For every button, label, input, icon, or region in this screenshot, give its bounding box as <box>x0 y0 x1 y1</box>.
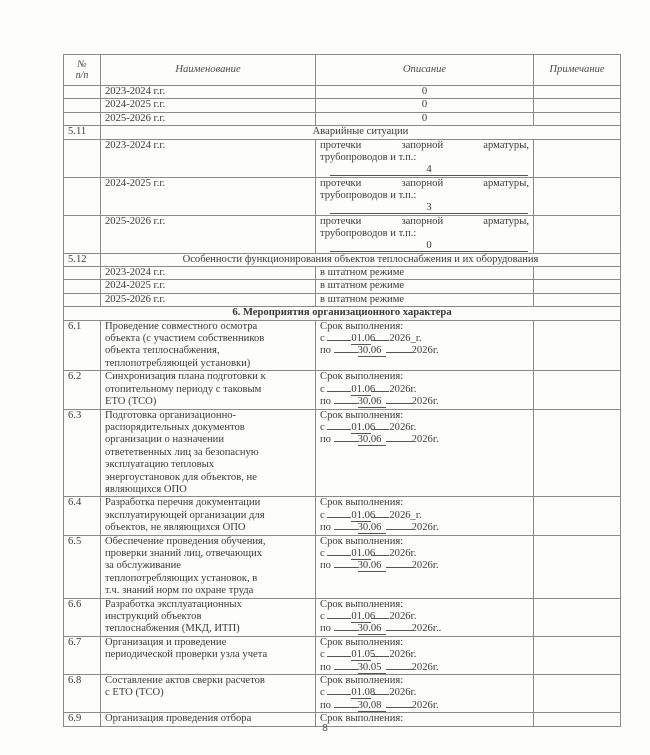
row-note <box>534 293 621 306</box>
blank-fill <box>334 352 358 353</box>
measure-note <box>534 320 621 371</box>
measure-name-line: объекта (с участием собственников <box>105 333 311 345</box>
measure-name: Разработка эксплуатационныхинструкций об… <box>101 598 316 636</box>
table-row: 2023-2024 г.г. в штатном режиме <box>64 267 621 280</box>
description-line: протечки запорной арматуры, <box>320 178 529 190</box>
to-year: 2026г. <box>412 345 439 356</box>
to-year: 2026г. <box>412 434 439 445</box>
row-note <box>534 280 621 293</box>
blank-fill <box>334 529 358 530</box>
measure-note <box>534 409 621 497</box>
measure-deadline: Срок выполнения:с 01.062026г.по 30.06202… <box>316 598 534 636</box>
section-title: 6. Мероприятия организационного характер… <box>64 307 621 320</box>
to-prefix: по <box>320 345 331 356</box>
measure-deadline: Срок выполнения:с 01.062026г.по 30.06202… <box>316 535 534 598</box>
blank-fill <box>371 391 389 392</box>
measure-row: 6.3Подготовка организационно-распорядите… <box>64 409 621 497</box>
section-6-body: 6.1Проведение совместного осмотраобъекта… <box>64 320 621 726</box>
from-suffix: _г. <box>411 333 422 344</box>
measure-row: 6.7Организация и проведениепериодической… <box>64 636 621 674</box>
to-prefix: по <box>320 623 331 634</box>
description-line: трубопроводов и т.п.: <box>320 152 529 164</box>
from-prefix: с <box>320 548 325 559</box>
row-name: 2023-2024 г.г. <box>101 139 316 177</box>
header-num-line1: № <box>66 59 98 70</box>
row-name: 2024-2025 г.г. <box>101 280 316 293</box>
deadline-label: Срок выполнения: <box>320 321 529 333</box>
measure-name-line: Организация и проведение <box>105 637 311 649</box>
deadline-to: по 30.062026г. <box>320 396 529 408</box>
measure-name-line: энергоустановок для объектов, не <box>105 472 311 484</box>
blank-fill <box>371 694 389 695</box>
from-prefix: с <box>320 649 325 660</box>
measure-row: 6.8Составление актов сверки расчетовс ЕТ… <box>64 675 621 713</box>
row-num <box>64 293 101 306</box>
header-note: Примечание <box>534 55 621 86</box>
row-name: 2025-2026 г.г. <box>101 215 316 253</box>
from-prefix: с <box>320 422 325 433</box>
measure-deadline: Срок выполнения:с 01.082026г.по 30.08202… <box>316 675 534 713</box>
blank-fill <box>334 403 358 404</box>
measure-row: 6.1Проведение совместного осмотраобъекта… <box>64 320 621 371</box>
blank-fill <box>386 707 412 708</box>
measure-note <box>534 497 621 535</box>
blank-fill <box>371 555 389 556</box>
measure-note <box>534 371 621 409</box>
deadline-to: по 30.062026г. <box>320 560 529 572</box>
measure-name-line: отопительному периоду с таковым <box>105 384 311 396</box>
blank-fill <box>327 391 351 392</box>
row-name: 2023-2024 г.г. <box>101 86 316 99</box>
blank-fill <box>327 555 351 556</box>
row-num <box>64 280 101 293</box>
blank-fill <box>334 441 358 442</box>
to-date: 30.06 <box>358 434 386 446</box>
blank-fill <box>386 630 412 631</box>
measure-name: Организация и проведениепериодической пр… <box>101 636 316 674</box>
to-date: 30.06 <box>358 560 386 572</box>
from-date: 01.08 <box>351 687 371 699</box>
row-num <box>64 86 101 99</box>
from-date: 01.05 <box>351 649 371 661</box>
measure-name-line: за обслуживание <box>105 560 311 572</box>
measure-name-line: являющихся ОПО <box>105 484 311 496</box>
table-row: 2024-2025 г.г. в штатном режиме <box>64 280 621 293</box>
row-description: в штатном режиме <box>316 280 534 293</box>
blank-fill <box>327 656 351 657</box>
row-name: 2023-2024 г.г. <box>101 267 316 280</box>
measure-name-line: периодической проверки узла учета <box>105 649 311 661</box>
measure-name-line: Проведение совместного осмотра <box>105 321 311 333</box>
description-value: 3 <box>330 202 528 214</box>
table-row: 2025-2026 г.г. протечки запорной арматур… <box>64 215 621 253</box>
deadline-from: с 01.062026_г. <box>320 510 529 522</box>
row-num <box>64 99 101 112</box>
header-description: Описание <box>316 55 534 86</box>
row-description: 0 <box>316 112 534 125</box>
description-value: 4 <box>330 164 528 176</box>
blank-fill <box>327 694 351 695</box>
to-prefix: по <box>320 700 331 711</box>
description-line: трубопроводов и т.п.: <box>320 228 529 240</box>
deadline-label: Срок выполнения: <box>320 371 529 383</box>
row-name: 2025-2026 г.г. <box>101 293 316 306</box>
deadline-from: с 01.062026г. <box>320 611 529 623</box>
measure-num: 6.7 <box>64 636 101 674</box>
from-prefix: с <box>320 333 325 344</box>
from-year: 2026г. <box>389 649 416 660</box>
deadline-to: по 30.062026г. <box>320 522 529 534</box>
deadline-label: Срок выполнения: <box>320 497 529 509</box>
deadline-label: Срок выполнения: <box>320 675 529 687</box>
measure-name-line: Обеспечение проведения обучения, <box>105 536 311 548</box>
deadline-label: Срок выполнения: <box>320 599 529 611</box>
measure-row: 6.4Разработка перечня документацииэксплу… <box>64 497 621 535</box>
deadline-from: с 01.062026г. <box>320 422 529 434</box>
measure-num: 6.1 <box>64 320 101 371</box>
deadline-from: с 01.062026г. <box>320 548 529 560</box>
to-year: 2026г. <box>412 662 439 673</box>
from-prefix: с <box>320 384 325 395</box>
from-year: 2026 <box>389 333 410 344</box>
row-name: 2024-2025 г.г. <box>101 99 316 112</box>
header-num-line2: п/п <box>66 70 98 81</box>
description-line: трубопроводов и т.п.: <box>320 190 529 202</box>
measure-name: Подготовка организационно-распорядительн… <box>101 409 316 497</box>
row-description: в штатном режиме <box>316 267 534 280</box>
blank-fill <box>386 529 412 530</box>
from-prefix: с <box>320 687 325 698</box>
row-num <box>64 215 101 253</box>
blank-fill <box>371 429 389 430</box>
blank-fill <box>386 403 412 404</box>
row-num <box>64 267 101 280</box>
section-row-5-12: 5.12 Особенности функционирования объект… <box>64 253 621 266</box>
measure-name-line: эксплуатирующей организации для <box>105 510 311 522</box>
measure-deadline: Срок выполнения:с 01.062026г.по 30.06202… <box>316 371 534 409</box>
from-suffix: _г. <box>411 510 422 521</box>
measure-name-line: теплопотребляющих установок, в <box>105 573 311 585</box>
measure-num: 6.5 <box>64 535 101 598</box>
measure-note <box>534 598 621 636</box>
measure-deadline: Срок выполнения:с 01.062026_г.по 30.0620… <box>316 320 534 371</box>
section-num: 5.11 <box>64 126 101 139</box>
header-num: № п/п <box>64 55 101 86</box>
row-note <box>534 215 621 253</box>
to-year: 2026г. <box>412 700 439 711</box>
deadline-from: с 01.062026_г. <box>320 333 529 345</box>
measure-note <box>534 535 621 598</box>
measure-name-line: ответетвенных лиц за безопасную <box>105 447 311 459</box>
from-date: 01.06 <box>351 510 371 522</box>
from-year: 2026г. <box>389 548 416 559</box>
measure-num: 6.8 <box>64 675 101 713</box>
measure-name: Синхронизация плана подготовки котопител… <box>101 371 316 409</box>
row-description: протечки запорной арматуры, трубопроводо… <box>316 139 534 177</box>
blank-fill <box>371 618 389 619</box>
blank-fill <box>386 669 412 670</box>
to-prefix: по <box>320 560 331 571</box>
header-name: Наименование <box>101 55 316 86</box>
blank-fill <box>334 567 358 568</box>
measure-name: Разработка перечня документацииэксплуати… <box>101 497 316 535</box>
row-note <box>534 86 621 99</box>
from-date: 01.06 <box>351 548 371 560</box>
description-line: протечки запорной арматуры, <box>320 140 529 152</box>
blank-fill <box>386 567 412 568</box>
row-description: в штатном режиме <box>316 293 534 306</box>
from-prefix: с <box>320 611 325 622</box>
section-row-6: 6. Мероприятия организационного характер… <box>64 307 621 320</box>
measure-name-line: ЕТО (ТСО) <box>105 396 311 408</box>
deadline-label: Срок выполнения: <box>320 637 529 649</box>
measure-name-line: Разработка перечня документации <box>105 497 311 509</box>
row-note <box>534 177 621 215</box>
table-row: 2025-2026 г.г. 0 <box>64 112 621 125</box>
measure-num: 6.4 <box>64 497 101 535</box>
to-year: 2026г. <box>412 560 439 571</box>
measure-row: 6.2Синхронизация плана подготовки котопи… <box>64 371 621 409</box>
page-number: 8 <box>0 723 650 734</box>
blank-fill <box>327 340 351 341</box>
measure-deadline: Срок выполнения:с 01.052026г.по 30.05202… <box>316 636 534 674</box>
section-num: 5.12 <box>64 253 101 266</box>
section-title: Особенности функционирования объектов те… <box>101 253 621 266</box>
from-prefix: с <box>320 510 325 521</box>
deadline-from: с 01.082026г. <box>320 687 529 699</box>
measure-name-line: теплоснабжения (МКД, ИТП) <box>105 623 311 635</box>
from-year: 2026 <box>389 510 410 521</box>
from-date: 01.06 <box>351 422 371 434</box>
table-row: 2023-2024 г.г. протечки запорной арматур… <box>64 139 621 177</box>
blank-fill <box>327 429 351 430</box>
measure-row: 6.6Разработка эксплуатационныхинструкций… <box>64 598 621 636</box>
measure-name-line: распорядительных документов <box>105 422 311 434</box>
deadline-to: по 30.062026г.. <box>320 623 529 635</box>
measure-name-line: проверки знаний лиц, отвечающих <box>105 548 311 560</box>
deadline-from: с 01.052026г. <box>320 649 529 661</box>
deadline-to: по 30.062026г. <box>320 345 529 357</box>
row-description: 0 <box>316 86 534 99</box>
table-header-row: № п/п Наименование Описание Примечание <box>64 55 621 86</box>
to-prefix: по <box>320 522 331 533</box>
blank-fill <box>371 340 389 341</box>
to-year: 2026г.. <box>412 623 442 634</box>
measure-name-line: Подготовка организационно- <box>105 410 311 422</box>
measure-deadline: Срок выполнения:с 01.062026г.по 30.06202… <box>316 409 534 497</box>
row-note <box>534 99 621 112</box>
from-date: 01.06 <box>351 333 371 345</box>
measure-name-line: т.ч. знаний норм по охране труда <box>105 585 311 597</box>
measure-name-line: инструкций объектов <box>105 611 311 623</box>
blank-fill <box>327 517 351 518</box>
blank-fill <box>371 517 389 518</box>
table-row: 2025-2026 г.г. в штатном режиме <box>64 293 621 306</box>
deadline-label: Срок выполнения: <box>320 536 529 548</box>
table-row: 2024-2025 г.г. 0 <box>64 99 621 112</box>
from-date: 01.06 <box>351 611 371 623</box>
row-description: протечки запорной арматуры, трубопроводо… <box>316 215 534 253</box>
to-year: 2026г. <box>412 522 439 533</box>
to-date: 30.06 <box>358 396 386 408</box>
row-name: 2025-2026 г.г. <box>101 112 316 125</box>
from-date: 01.06 <box>351 384 371 396</box>
table-row: 2023-2024 г.г. 0 <box>64 86 621 99</box>
from-year: 2026г. <box>389 384 416 395</box>
measure-num: 6.2 <box>64 371 101 409</box>
measure-num: 6.3 <box>64 409 101 497</box>
document-page: № п/п Наименование Описание Примечание 2… <box>63 54 620 727</box>
to-date: 30.08 <box>358 700 386 712</box>
deadline-to: по 30.052026г. <box>320 662 529 674</box>
blank-fill <box>327 618 351 619</box>
description-value: 0 <box>330 240 528 252</box>
measure-name-line: Синхронизация плана подготовки к <box>105 371 311 383</box>
measure-name-line: организации о назначении <box>105 434 311 446</box>
measure-name-line: объекта теплоснабжения, <box>105 345 311 357</box>
deadline-to: по 30.082026г. <box>320 700 529 712</box>
deadline-label: Срок выполнения: <box>320 410 529 422</box>
measure-deadline: Срок выполнения:с 01.062026_г.по 30.0620… <box>316 497 534 535</box>
blank-fill <box>371 656 389 657</box>
to-date: 30.06 <box>358 623 386 635</box>
deadline-to: по 30.062026г. <box>320 434 529 446</box>
row-note <box>534 267 621 280</box>
measure-num: 6.6 <box>64 598 101 636</box>
section-title: Аварийные ситуации <box>101 126 621 139</box>
to-year: 2026г. <box>412 396 439 407</box>
table-row: 2024-2025 г.г. протечки запорной арматур… <box>64 177 621 215</box>
blank-fill <box>334 707 358 708</box>
to-date: 30.05 <box>358 662 386 674</box>
measure-note <box>534 636 621 674</box>
to-date: 30.06 <box>358 522 386 534</box>
blank-fill <box>334 630 358 631</box>
measure-name-line: эксплуатацию тепловых <box>105 459 311 471</box>
measure-name: Обеспечение проведения обучения,проверки… <box>101 535 316 598</box>
from-year: 2026г. <box>389 422 416 433</box>
measure-name-line: объектов, не являющихся ОПО <box>105 522 311 534</box>
measure-name-line: теплопотребляющей установки) <box>105 358 311 370</box>
row-description: протечки запорной арматуры, трубопроводо… <box>316 177 534 215</box>
measure-row: 6.5Обеспечение проведения обучения,прове… <box>64 535 621 598</box>
measure-name-line: с ЕТО (ТСО) <box>105 687 311 699</box>
blank-fill <box>386 441 412 442</box>
measure-name-line: Составление актов сверки расчетов <box>105 675 311 687</box>
row-note <box>534 112 621 125</box>
row-description: 0 <box>316 99 534 112</box>
row-note <box>534 139 621 177</box>
measure-name-line: Разработка эксплуатационных <box>105 599 311 611</box>
measure-name: Проведение совместного осмотраобъекта (с… <box>101 320 316 371</box>
deadline-from: с 01.062026г. <box>320 384 529 396</box>
to-prefix: по <box>320 662 331 673</box>
measures-table: № п/п Наименование Описание Примечание 2… <box>63 54 621 727</box>
row-num <box>64 177 101 215</box>
to-date: 30.06 <box>358 345 386 357</box>
measure-name: Составление актов сверки расчетовс ЕТО (… <box>101 675 316 713</box>
from-year: 2026г. <box>389 611 416 622</box>
to-prefix: по <box>320 396 331 407</box>
from-year: 2026г. <box>389 687 416 698</box>
to-prefix: по <box>320 434 331 445</box>
row-name: 2024-2025 г.г. <box>101 177 316 215</box>
blank-fill <box>386 352 412 353</box>
blank-fill <box>334 669 358 670</box>
row-num <box>64 139 101 177</box>
row-num <box>64 112 101 125</box>
description-line: протечки запорной арматуры, <box>320 216 529 228</box>
measure-note <box>534 675 621 713</box>
section-row-5-11: 5.11 Аварийные ситуации <box>64 126 621 139</box>
